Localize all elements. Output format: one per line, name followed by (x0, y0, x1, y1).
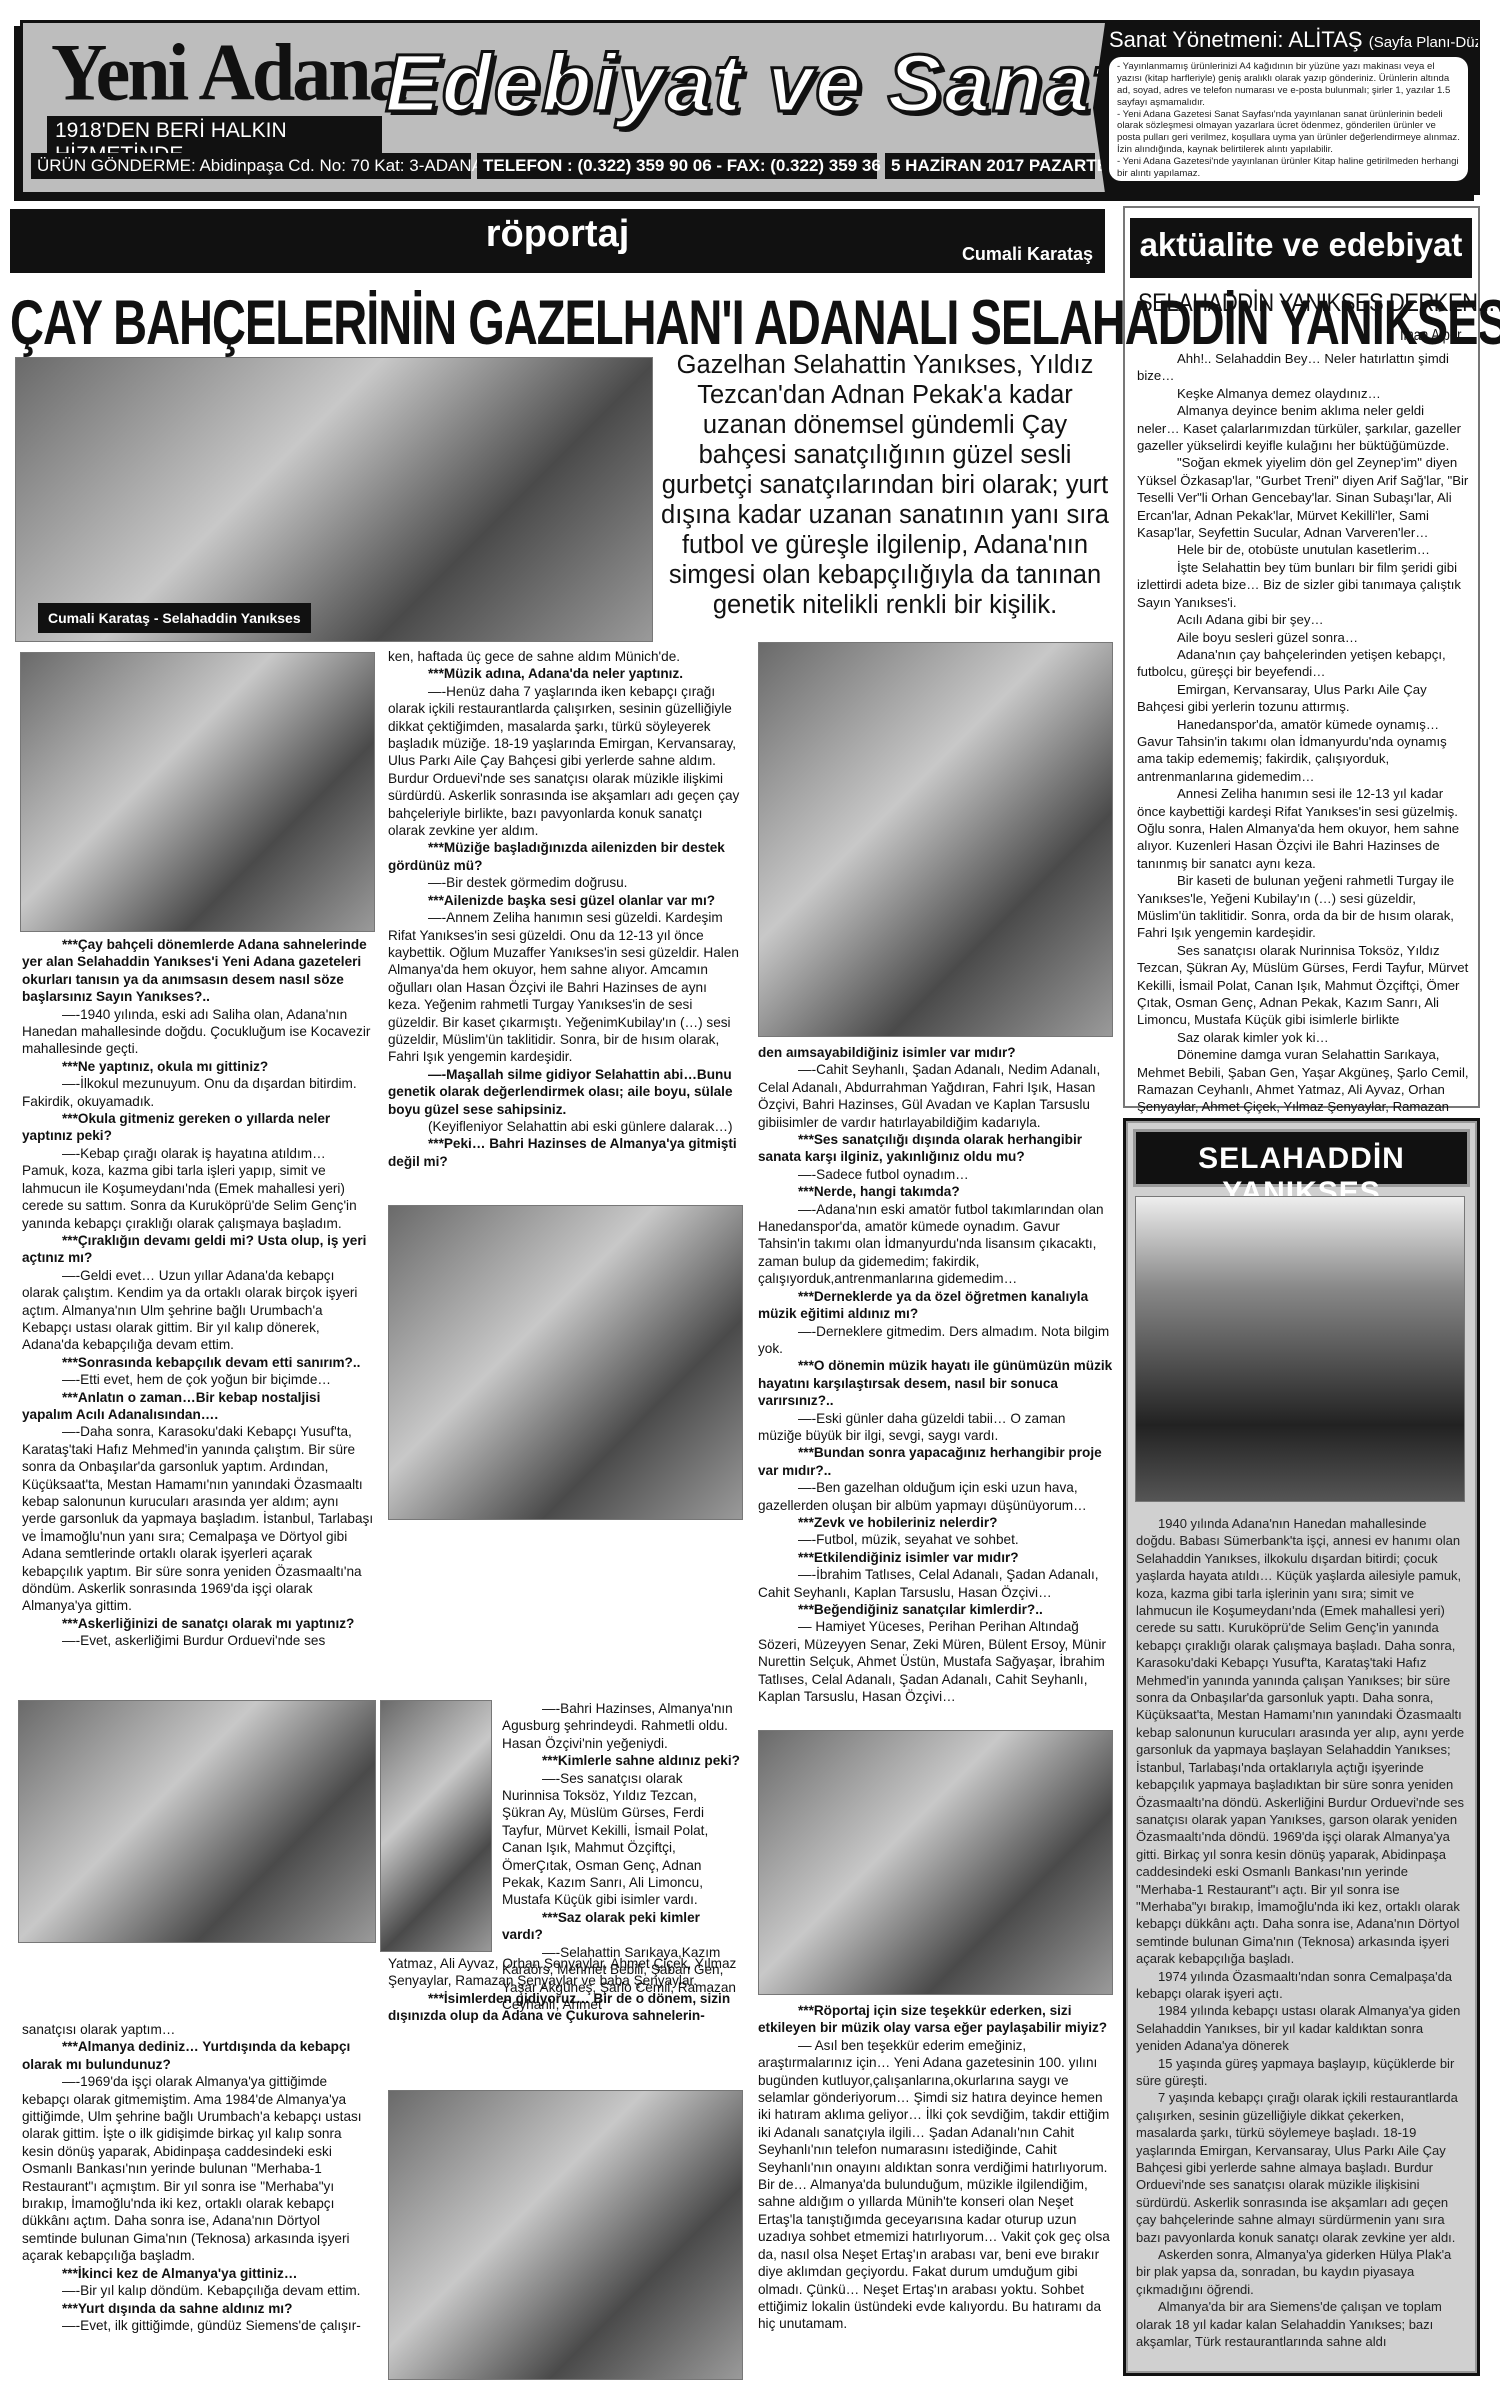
portrait-photo (20, 652, 375, 932)
sidebar-paragraph: Almanya deyince benim aklıma neler geldi… (1137, 402, 1469, 454)
interview-question: ***Derneklerde ya da özel öğretmen kanal… (758, 1288, 1113, 1323)
sidebar-paragraph: Acılı Adana gibi bir şey… (1137, 611, 1469, 628)
interview-answer: —-Bir destek görmedim doğrusu. (388, 874, 740, 891)
two-men-photo (388, 2090, 743, 2380)
sidebar-paragraph: Hele bir de, otobüste unutulan kasetleri… (1137, 541, 1469, 558)
interview-question: ***Müzik adına, Adana'da neler yaptınız. (388, 665, 740, 682)
interview-answer: — Asıl ben teşekkür ederim emeğiniz, ara… (758, 2037, 1113, 2333)
photo-caption: Cumali Karataş - Selahaddin Yanıkses (38, 603, 311, 633)
interview-answer: —-Futbol, müzik, seyahat ve sohbet. (758, 1531, 1113, 1548)
article-column-3: den aımsayabildiğiniz isimler var mıdır?… (758, 1044, 1113, 1705)
sidebar-paragraph: Ses sanatçısı olarak Nurinnisa Toksöz, Y… (1137, 942, 1469, 1029)
sidebar-paragraph: Hanedanspor'da, amatör kümede oynamış… G… (1137, 716, 1469, 786)
interview-answer: —-Bahri Hazinses, Almanya'nın Agusburg ş… (502, 1700, 742, 1752)
interview-answer: Yatmaz, Ali Ayvaz, Orhan Şenyaylar, Ahme… (388, 1955, 740, 1990)
article-column-1-continued: sanatçısı olarak yaptım…***Almanya dedin… (22, 2021, 374, 2334)
sidebar-paragraph: Ahh!.. Selahaddin Bey… Neler hatırlattın… (1137, 350, 1469, 385)
article-column-2: ken, haftada üç gece de sahne aldım Müni… (388, 648, 740, 1170)
interview-question: den aımsayabildiğiniz isimler var mıdır? (758, 1044, 1113, 1061)
interview-answer: —-1969'da işçi olarak Almanya'ya gittiği… (22, 2073, 374, 2264)
interview-question: ***Kimlerle sahne aldınız peki? (502, 1752, 742, 1769)
section-label: aktüalite ve edebiyat (1130, 226, 1472, 264)
interview-question: ***Peki… Bahri Hazinses de Almanya'ya gi… (388, 1135, 740, 1170)
interview-question: ***Anlatın o zaman…Bir kebap nostaljisi … (22, 1389, 374, 1424)
interview-answer: —-Eski günler daha güzeldi tabii… O zama… (758, 1410, 1113, 1445)
interview-question: ***Çıraklığın devamı geldi mi? Usta olup… (22, 1232, 374, 1267)
interview-question: ***Almanya dediniz… Yurtdışında da kebap… (22, 2038, 374, 2073)
art-director: Sanat Yönetmeni: ALİTAŞ (Sayfa Planı-Düz… (1109, 27, 1468, 53)
interview-question: ***Zevk ve hobileriniz nelerdir? (758, 1514, 1113, 1531)
bio-text: 1940 yılında Adana'nın Hanedan mahallesi… (1136, 1515, 1468, 2351)
bio-paragraph: Almanya'da bir ara Siemens'de çalışan ve… (1136, 2298, 1468, 2350)
interview-answer: —-Ben gazelhan olduğum için eski uzun ha… (758, 1479, 1113, 1514)
bio-paragraph: 1984 yılında kebapçı ustası olarak Alman… (1136, 2002, 1468, 2054)
bio-paragraph: 7 yaşında kebapçı çırağı olarak içkili r… (1136, 2089, 1468, 2246)
interview-answer: —-İbrahim Tatlıses, Celal Adanalı, Şadan… (758, 1566, 1113, 1601)
interview-answer: —-Daha sonra, Karasoku'daki Kebapçı Yusu… (22, 1423, 374, 1614)
sidebar-paragraph: Adana'nın çay bahçelerinden yetişen keba… (1137, 646, 1469, 681)
interview-question: —-Maşallah silme gidiyor Selahattin abi…… (388, 1066, 740, 1118)
sidebar-paragraph: İşte Selahattin bey tüm bunları bir film… (1137, 559, 1469, 611)
interview-answer: —-Etti evet, hem de çok yoğun bir biçimd… (22, 1371, 374, 1388)
interview-answer: —-İlkokul mezunuyum. Onu da dışardan bit… (22, 1075, 374, 1110)
sidebar-paragraph: "Soğan ekmek yiyelim dön gel Zeynep'im" … (1137, 454, 1469, 541)
interview-answer: —-Bir yıl kalıp döndüm. Kebapçılığa deva… (22, 2282, 374, 2299)
interview-question: ***İsimlerden gidiyoruz… Bir de o dönem,… (388, 1990, 740, 2025)
stage-photo-two-singers (388, 1205, 743, 1520)
sidebar-article: Ahh!.. Selahaddin Bey… Neler hatırlattın… (1137, 350, 1469, 1133)
musicians-group-photo (758, 642, 1113, 1037)
submission-rules: - Yayınlanmamış ürünlerinizi A4 kağıdını… (1109, 57, 1468, 181)
interview-question: ***Askerliğinizi de sanatçı olarak mı ya… (22, 1615, 374, 1632)
young-portrait-photo (1135, 1196, 1465, 1502)
saz-players-photo (758, 1730, 1113, 1995)
bio-paragraph: 15 yaşında güreş yapmaya başlayıp, küçük… (1136, 2055, 1468, 2090)
article-column-3-closing: ***Röportaj için size teşekkür ederken, … (758, 2002, 1113, 2333)
interview-question: ***Yurt dışında da sahne aldınız mı? (22, 2300, 374, 2317)
article-author: Cumali Karataş (962, 244, 1093, 265)
section-label: röportaj (10, 213, 1105, 256)
sidebar-paragraph: Keşke Almanya demez olaydınız… (1137, 385, 1469, 402)
sidebar-paragraph: Saz olarak kimler yok ki… (1137, 1029, 1469, 1046)
interview-answer: —-Derneklere gitmedim. Ders almadım. Not… (758, 1323, 1113, 1358)
sidebar-paragraph: Aile boyu sesleri güzel sonra… (1137, 629, 1469, 646)
interview-question: ***Ses sanatçılığı dışında olarak herhan… (758, 1131, 1113, 1166)
interview-photo: Cumali Karataş - Selahaddin Yanıkses (15, 357, 653, 642)
sidebar-paragraph: Bir kaseti de bulunan yeğeni rahmetli Tu… (1137, 872, 1469, 942)
sidebar-author: İlhan Alper (1400, 326, 1461, 344)
bio-title-bar: SELAHADDİN YANIKSES (1133, 1129, 1470, 1187)
interview-answer: —-Evet, ilk gittiğimde, gündüz Siemens'd… (22, 2317, 374, 2334)
interview-question: ***Röportaj için size teşekkür ederken, … (758, 2002, 1113, 2037)
interview-answer: ken, haftada üç gece de sahne aldım Müni… (388, 648, 740, 665)
sidebar-headline: SELAHADDİN YANIKSES DERKEN... (1138, 288, 1494, 318)
interview-answer: —-Adana'nın eski amatör futbol takımları… (758, 1201, 1113, 1288)
article-lede: Gazelhan Selahattin Yanıkses, Yıldız Tez… (660, 350, 1110, 620)
interview-answer: sanatçısı olarak yaptım… (22, 2021, 374, 2038)
issue-date: 5 HAZİRAN 2017 PAZARTESİ (885, 153, 1095, 179)
interview-answer: —-Sadece futbol oynadım… (758, 1166, 1113, 1183)
masthead: Yeni Adana 1918'DEN BERİ HALKIN HİZMETİN… (20, 20, 1480, 195)
interview-question: ***Ailenizde başka sesi güzel olanlar va… (388, 892, 740, 909)
interview-answer: —-Ses sanatçısı olarak Nurinnisa Toksöz,… (502, 1770, 742, 1909)
interview-answer: —-Henüz daha 7 yaşlarında iken kebapçı ç… (388, 683, 740, 840)
interview-question: ***Etkilendiğiniz isimler var mıdır? (758, 1549, 1113, 1566)
interview-question: ***Okula gitmeniz gereken o yıllarda nel… (22, 1110, 374, 1145)
interview-answer: —-Evet, askerliğimi Burdur Orduevi'nde s… (22, 1632, 374, 1649)
interview-question: ***Beğendiğiniz sanatçılar kimlerdir?.. (758, 1601, 1113, 1618)
interview-question: ***Ne yaptınız, okula mı gittiniz? (22, 1058, 374, 1075)
section-bar-roportaj: röportaj Cumali Karataş (10, 209, 1105, 273)
clarinet-player-photo (380, 1700, 492, 1952)
submission-address: ÜRÜN GÖNDERME: Abidinpaşa Cd. No: 70 Kat… (31, 153, 471, 179)
bio-paragraph: 1974 yılında Özasmaaltı'ndan sonra Cemal… (1136, 1968, 1468, 2003)
interview-question: ***Bundan sonra yapacağınız herhangibir … (758, 1444, 1113, 1479)
bio-paragraph: Askerden sonra, Almanya'ya giderken Hüly… (1136, 2246, 1468, 2298)
section-bar-aktualite: aktüalite ve edebiyat (1130, 218, 1472, 278)
interview-answer: —-1940 yılında, eski adı Saliha olan, Ad… (22, 1006, 374, 1058)
interview-question: ***Sonrasında kebapçılık devam etti sanı… (22, 1354, 374, 1371)
contact-phone-fax: TELEFON : (0.322) 359 90 06 - FAX: (0.32… (477, 153, 877, 179)
sidebar-paragraph: Emirgan, Kervansaray, Ulus Parkı Aile Ça… (1137, 681, 1469, 716)
stage-photo-dancers (18, 1700, 376, 1943)
interview-question: ***Müziğe başladığınızda ailenizden bir … (388, 839, 740, 874)
interview-answer: (Keyifleniyor Selahattin abi eski günler… (388, 1118, 740, 1135)
sidebar-paragraph: Annesi Zeliha hanımın sesi ile 12-13 yıl… (1137, 785, 1469, 872)
interview-answer: — Hamiyet Yüceses, Perihan Perihan Altın… (758, 1618, 1113, 1705)
interview-question: ***Saz olarak peki kimler vardı? (502, 1909, 742, 1944)
interview-answer: —-Geldi evet… Uzun yıllar Adana'da kebap… (22, 1267, 374, 1354)
editor-info-box: Sanat Yönetmeni: ALİTAŞ (Sayfa Planı-Düz… (1093, 23, 1478, 193)
interview-answer: —-Annem Zeliha hanımın sesi güzeldi. Kar… (388, 909, 740, 1066)
newspaper-logo: Yeni Adana (51, 31, 405, 113)
interview-answer: —-Cahit Seyhanlı, Şadan Adanalı, Nedim A… (758, 1061, 1113, 1131)
article-column-1: ***Çay bahçeli dönemlerde Adana sahneler… (22, 936, 374, 1650)
interview-answer: —-Kebap çırağı olarak iş hayatına atıldı… (22, 1145, 374, 1232)
interview-question: ***Çay bahçeli dönemlerde Adana sahneler… (22, 936, 374, 1006)
article-column-2-continued: Yatmaz, Ali Ayvaz, Orhan Şenyaylar, Ahme… (388, 1955, 740, 2025)
interview-question: ***Nerde, hangi takımda? (758, 1183, 1113, 1200)
interview-question: ***O dönemin müzik hayatı ile günümüzün … (758, 1357, 1113, 1409)
bio-paragraph: 1940 yılında Adana'nın Hanedan mahallesi… (1136, 1515, 1468, 1968)
interview-question: ***İkinci kez de Almanya'ya gittiniz… (22, 2265, 374, 2282)
